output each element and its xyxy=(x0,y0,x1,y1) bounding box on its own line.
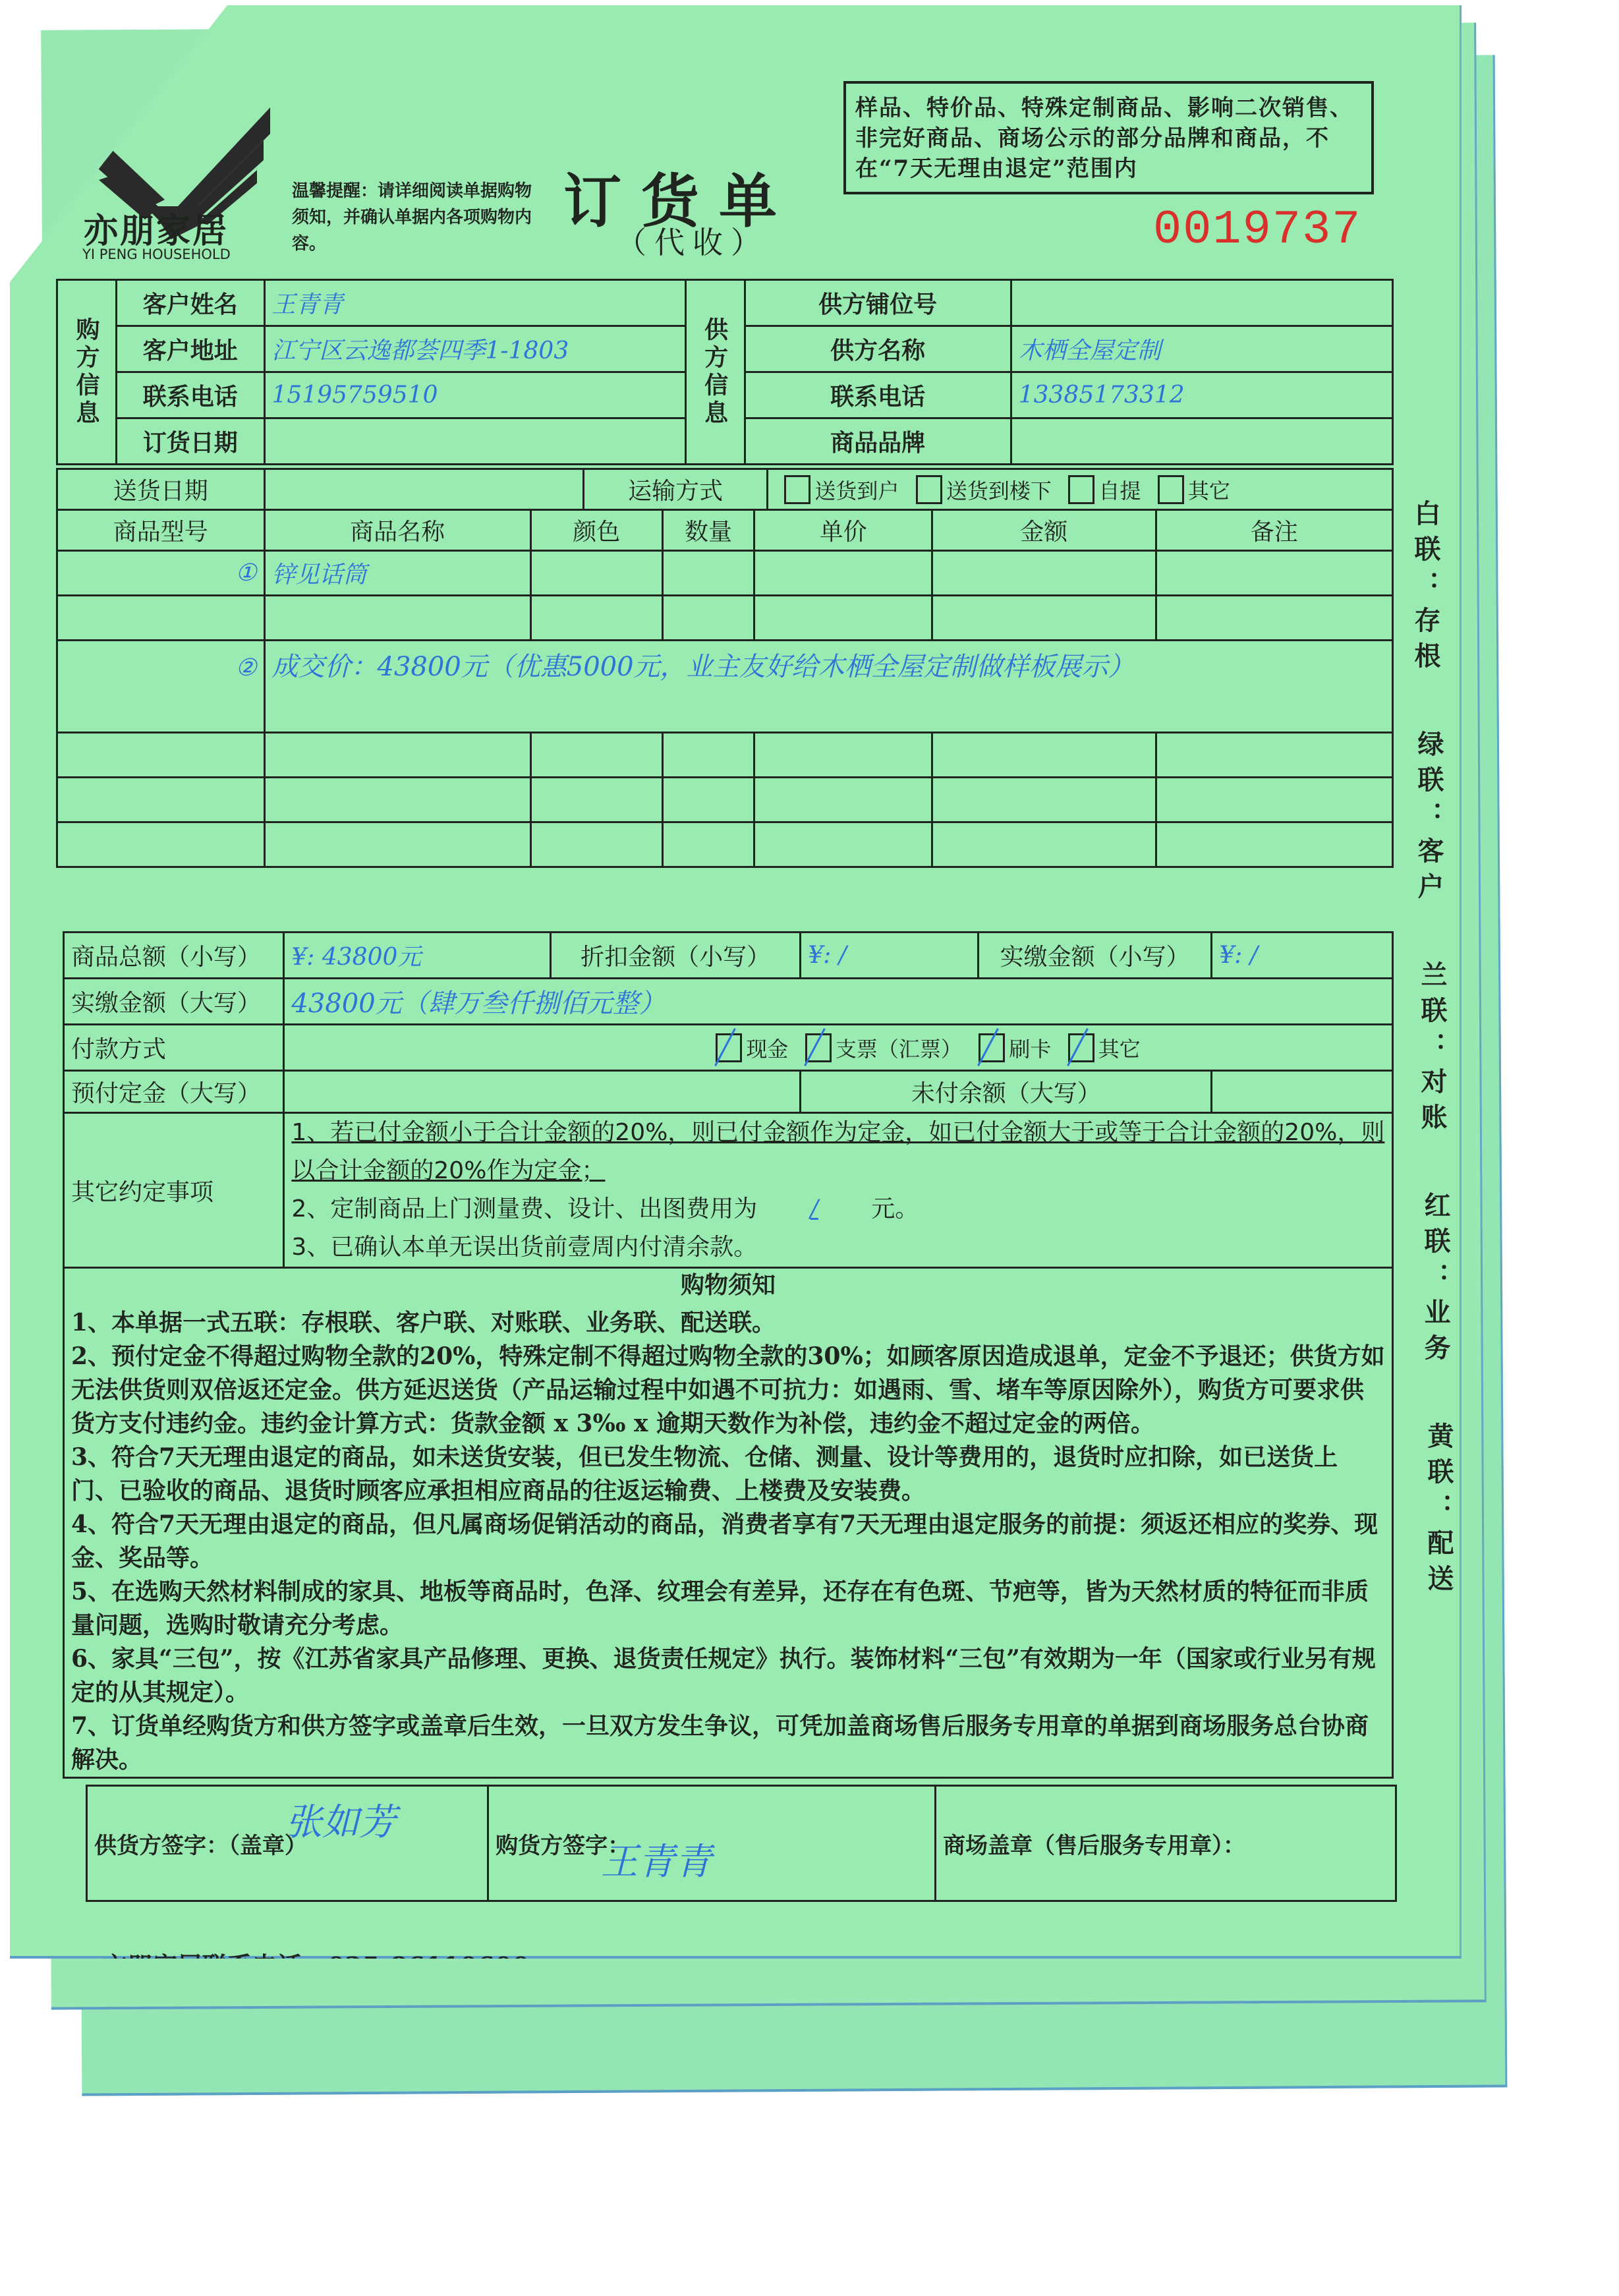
buyer-signature: 王青青 xyxy=(601,1833,712,1885)
row3-model[interactable]: ② xyxy=(57,641,265,733)
buyer-phone-label: 联系电话 xyxy=(116,372,264,418)
table-row xyxy=(57,822,1393,867)
other-terms-content: 1、若已付金额小于合计金额的20%，则已付金额作为定金，如已付金额大于或等于合计… xyxy=(284,1113,1393,1268)
row1-model[interactable]: ① xyxy=(57,551,265,596)
unpaid-label: 未付余额（大写） xyxy=(801,1071,1212,1113)
row4-qty[interactable] xyxy=(662,733,754,778)
col-amount: 金额 xyxy=(932,510,1156,551)
delivery-method-options: 送货到户 送货到楼下 自提 其它 xyxy=(768,469,1393,510)
return-policy-notice: 样品、特价品、特殊定制商品、影响二次销售、非完好商品、商场公示的部分品牌和商品，… xyxy=(843,81,1374,194)
row6-color[interactable] xyxy=(530,822,662,867)
row6-name[interactable] xyxy=(264,822,530,867)
cash-checkbox[interactable] xyxy=(716,1033,742,1062)
table-row: ② 成交价：43800元（优惠5000元，业主友好给木栖全屋定制做样板展示） xyxy=(57,641,1393,733)
row1-qty[interactable] xyxy=(662,551,754,596)
unpaid-value[interactable] xyxy=(1212,1071,1393,1113)
table-row xyxy=(57,596,1393,641)
row5-color[interactable] xyxy=(530,778,662,822)
brand-name-cn: 亦朋家居 xyxy=(84,203,229,252)
notice-item-1: 1、本单据一式五联：存根联、客户联、对账联、业务联、配送联。 xyxy=(71,1306,1385,1340)
table-row: ① 锌见话筒 xyxy=(57,551,1393,596)
serial-number: 0019737 xyxy=(1153,203,1361,257)
deliver-downstairs-label: 送货到楼下 xyxy=(946,478,1052,503)
notice-item-6: 6、家具“三包”，按《江苏省家具产品修理、更换、退货责任规定》执行。装饰材料“三… xyxy=(71,1642,1385,1709)
copy-label-yellow: 黄联：配送 xyxy=(1420,1422,1458,1600)
buyer-section-label: 购方信息 xyxy=(57,280,117,465)
shopping-notice-title: 购物须知 xyxy=(71,1269,1385,1302)
notice-item-5: 5、在选购天然材料制成的家具、地板等商品时，色泽、纹理会有差异，还存在有色斑、节… xyxy=(71,1575,1385,1642)
order-date-label: 订货日期 xyxy=(116,418,264,465)
supplier-booth-value[interactable] xyxy=(1011,280,1392,326)
payment-method-options: 现金 支票（汇票） 刷卡 其它 xyxy=(284,1025,1393,1071)
items-table: 商品型号 商品名称 颜色 数量 单价 金额 备注 ① 锌见话筒 ② 成交价：43… xyxy=(56,509,1394,868)
totals-table: 商品总额（小写） ¥: 43800元 折扣金额（小写） ¥: / 实缴金额（小写… xyxy=(63,931,1394,1779)
row1-color[interactable] xyxy=(530,551,662,596)
row5-model[interactable] xyxy=(57,778,265,822)
shopping-notice: 购物须知 1、本单据一式五联：存根联、客户联、对账联、业务联、配送联。 2、预付… xyxy=(64,1268,1393,1778)
row6-amount[interactable] xyxy=(932,822,1156,867)
row5-amount[interactable] xyxy=(932,778,1156,822)
row4-name[interactable] xyxy=(264,733,530,778)
supplier-name-value[interactable]: 木栖全屋定制 xyxy=(1011,326,1392,372)
row2-price[interactable] xyxy=(754,596,932,641)
card-checkbox[interactable] xyxy=(979,1033,1005,1062)
supplier-signature-cell[interactable]: 供货方签字：（盖章） 张如芳 xyxy=(87,1786,488,1901)
row2-name[interactable] xyxy=(264,596,530,641)
copy-label-blue: 兰联：对账 xyxy=(1413,961,1451,1139)
discount-value[interactable]: ¥: / xyxy=(801,933,979,979)
row1-price[interactable] xyxy=(754,551,932,596)
other-term-1: 1、若已付金额小于合计金额的20%，则已付金额作为定金，如已付金额大于或等于合计… xyxy=(291,1114,1385,1190)
col-name: 商品名称 xyxy=(264,510,530,551)
brand-label: 商品品牌 xyxy=(745,418,1011,465)
reminder-text: 温馨提醒：请详细阅读单据购物须知，并确认单据内各项购物内容。 xyxy=(292,178,546,257)
buyer-address-value[interactable]: 江宁区云逸都荟四季1-1803 xyxy=(264,326,685,372)
delivery-method-label: 运输方式 xyxy=(583,469,768,510)
delivery-table: 送货日期 运输方式 送货到户 送货到楼下 自提 其它 xyxy=(56,468,1394,511)
delivery-date-value[interactable] xyxy=(264,469,583,510)
row4-price[interactable] xyxy=(754,733,932,778)
notice-item-3: 3、符合7天无理由退定的商品，如未送货安装，但已发生物流、仓储、测量、设计等费用… xyxy=(71,1441,1385,1508)
discount-label: 折扣金额（小写） xyxy=(550,933,800,979)
row1-name[interactable]: 锌见话筒 xyxy=(264,551,530,596)
row3-name[interactable]: 成交价：43800元（优惠5000元，业主友好给木栖全屋定制做样板展示） xyxy=(264,641,1392,733)
goods-total-label: 商品总额（小写） xyxy=(64,933,284,979)
paid-small-label: 实缴金额（小写） xyxy=(978,933,1211,979)
paid-small-value[interactable]: ¥: / xyxy=(1212,933,1393,979)
copy-label-red: 红联：业务 xyxy=(1417,1191,1454,1369)
buyer-name-label: 客户姓名 xyxy=(116,280,264,326)
paid-big-value[interactable]: 43800元（肆万叁仟捌佰元整） xyxy=(284,979,1393,1025)
payment-other-checkbox[interactable] xyxy=(1068,1033,1094,1062)
cheque-checkbox[interactable] xyxy=(805,1033,832,1062)
row2-model[interactable] xyxy=(57,596,265,641)
items-header-row: 商品型号 商品名称 颜色 数量 单价 金额 备注 xyxy=(57,510,1393,551)
row1-note[interactable] xyxy=(1156,551,1393,596)
cash-label: 现金 xyxy=(746,1037,788,1062)
self-pickup-checkbox[interactable] xyxy=(1068,475,1094,504)
buyer-address-label: 客户地址 xyxy=(116,326,264,372)
col-note: 备注 xyxy=(1156,510,1393,551)
delivery-other-checkbox[interactable] xyxy=(1158,475,1184,504)
buyer-signature-cell[interactable]: 购货方签字： 王青青 xyxy=(488,1786,936,1901)
supplier-phone-label: 联系电话 xyxy=(745,372,1011,418)
self-pickup-label: 自提 xyxy=(1098,478,1141,503)
row5-price[interactable] xyxy=(754,778,932,822)
row4-note[interactable] xyxy=(1156,733,1393,778)
row2-amount[interactable] xyxy=(932,596,1156,641)
row5-qty[interactable] xyxy=(662,778,754,822)
col-color: 颜色 xyxy=(530,510,662,551)
delivery-date-label: 送货日期 xyxy=(57,469,265,510)
row2-note[interactable] xyxy=(1156,596,1393,641)
delivery-other-label: 其它 xyxy=(1188,478,1230,503)
brand-value[interactable] xyxy=(1011,418,1392,465)
payment-other-label: 其它 xyxy=(1098,1037,1141,1062)
deposit-label: 预付定金（大写） xyxy=(64,1071,284,1113)
party-info-table: 购方信息 客户姓名 王青青 供方信息 供方铺位号 客户地址 江宁区云逸都荟四季1… xyxy=(56,279,1394,465)
row6-model[interactable] xyxy=(57,822,265,867)
other-term-3: 3、已确认本单无误出货前壹周内付清余款。 xyxy=(291,1228,1385,1267)
copy-label-white: 白联：存根 xyxy=(1407,500,1444,677)
supplier-section-label: 供方信息 xyxy=(685,280,745,465)
buyer-phone-value[interactable]: 15195759510 xyxy=(264,372,685,418)
card-label: 刷卡 xyxy=(1009,1037,1051,1062)
row6-note[interactable] xyxy=(1156,822,1393,867)
table-row xyxy=(57,778,1393,822)
row4-amount[interactable] xyxy=(932,733,1156,778)
notice-item-2: 2、预付定金不得超过购物全款的20%，特殊定制不得超过购物全款的30%；如顾客原… xyxy=(71,1340,1385,1441)
deposit-value[interactable] xyxy=(284,1071,801,1113)
cheque-label: 支票（汇票） xyxy=(836,1037,962,1062)
row4-color[interactable] xyxy=(530,733,662,778)
design-fee-value[interactable]: / xyxy=(765,1190,864,1228)
paid-big-label: 实缴金额（大写） xyxy=(64,979,284,1025)
deliver-to-door-label: 送货到户 xyxy=(814,478,899,503)
other-terms-label: 其它约定事项 xyxy=(64,1113,284,1268)
goods-total-value[interactable]: ¥: 43800元 xyxy=(284,933,550,979)
table-row xyxy=(57,733,1393,778)
other-term-2: 2、定制商品上门测量费、设计、出图费用为 / 元。 xyxy=(291,1190,1385,1228)
mall-stamp-label: 商场盖章（售后服务专用章）： xyxy=(943,1833,1245,1859)
supplier-booth-label: 供方铺位号 xyxy=(745,280,1011,326)
col-qty: 数量 xyxy=(662,510,754,551)
other-term-2-unit: 元。 xyxy=(871,1195,919,1222)
row2-qty[interactable] xyxy=(662,596,754,641)
mall-stamp-cell[interactable]: 商场盖章（售后服务专用章）： xyxy=(936,1786,1396,1901)
supplier-name-label: 供方名称 xyxy=(745,326,1011,372)
row6-qty[interactable] xyxy=(662,822,754,867)
buyer-name-value[interactable]: 王青青 xyxy=(264,280,685,326)
payment-method-label: 付款方式 xyxy=(64,1025,284,1071)
copy-label-green: 绿联：客户 xyxy=(1410,730,1448,908)
row6-price[interactable] xyxy=(754,822,932,867)
row2-color[interactable] xyxy=(530,596,662,641)
supplier-signature-label: 供货方签字：（盖章） xyxy=(94,1833,307,1859)
order-form-sheet: 亦朋家居 YI PENG HOUSEHOLD 温馨提醒：请详细阅读单据购物须知，… xyxy=(10,5,1462,1959)
supplier-signature: 张如芳 xyxy=(285,1793,396,1846)
row5-note[interactable] xyxy=(1156,778,1393,822)
row4-model[interactable] xyxy=(57,733,265,778)
row5-name[interactable] xyxy=(264,778,530,822)
other-term-2-text: 2、定制商品上门测量费、设计、出图费用为 xyxy=(291,1195,757,1222)
deliver-to-door-checkbox[interactable] xyxy=(784,475,810,504)
notice-item-7: 7、订货单经购货方和供方签字或盖章后生效，一旦双方发生争议，可凭加盖商场售后服务… xyxy=(71,1709,1385,1777)
page-subtitle: （代收） xyxy=(616,219,769,262)
signature-table: 供货方签字：（盖章） 张如芳 购货方签字： 王青青 商场盖章（售后服务专用章）： xyxy=(86,1785,1397,1902)
col-price: 单价 xyxy=(754,510,932,551)
deliver-downstairs-checkbox[interactable] xyxy=(916,475,942,504)
row1-amount[interactable] xyxy=(932,551,1156,596)
notice-item-4: 4、符合7天无理由退定的商品，但凡属商场促销活动的商品，消费者享有7天无理由退定… xyxy=(71,1508,1385,1575)
order-date-value[interactable] xyxy=(264,418,685,465)
brand-name-en: YI PENG HOUSEHOLD xyxy=(82,246,231,262)
col-model: 商品型号 xyxy=(57,510,265,551)
supplier-phone-value[interactable]: 13385173312 xyxy=(1011,372,1392,418)
